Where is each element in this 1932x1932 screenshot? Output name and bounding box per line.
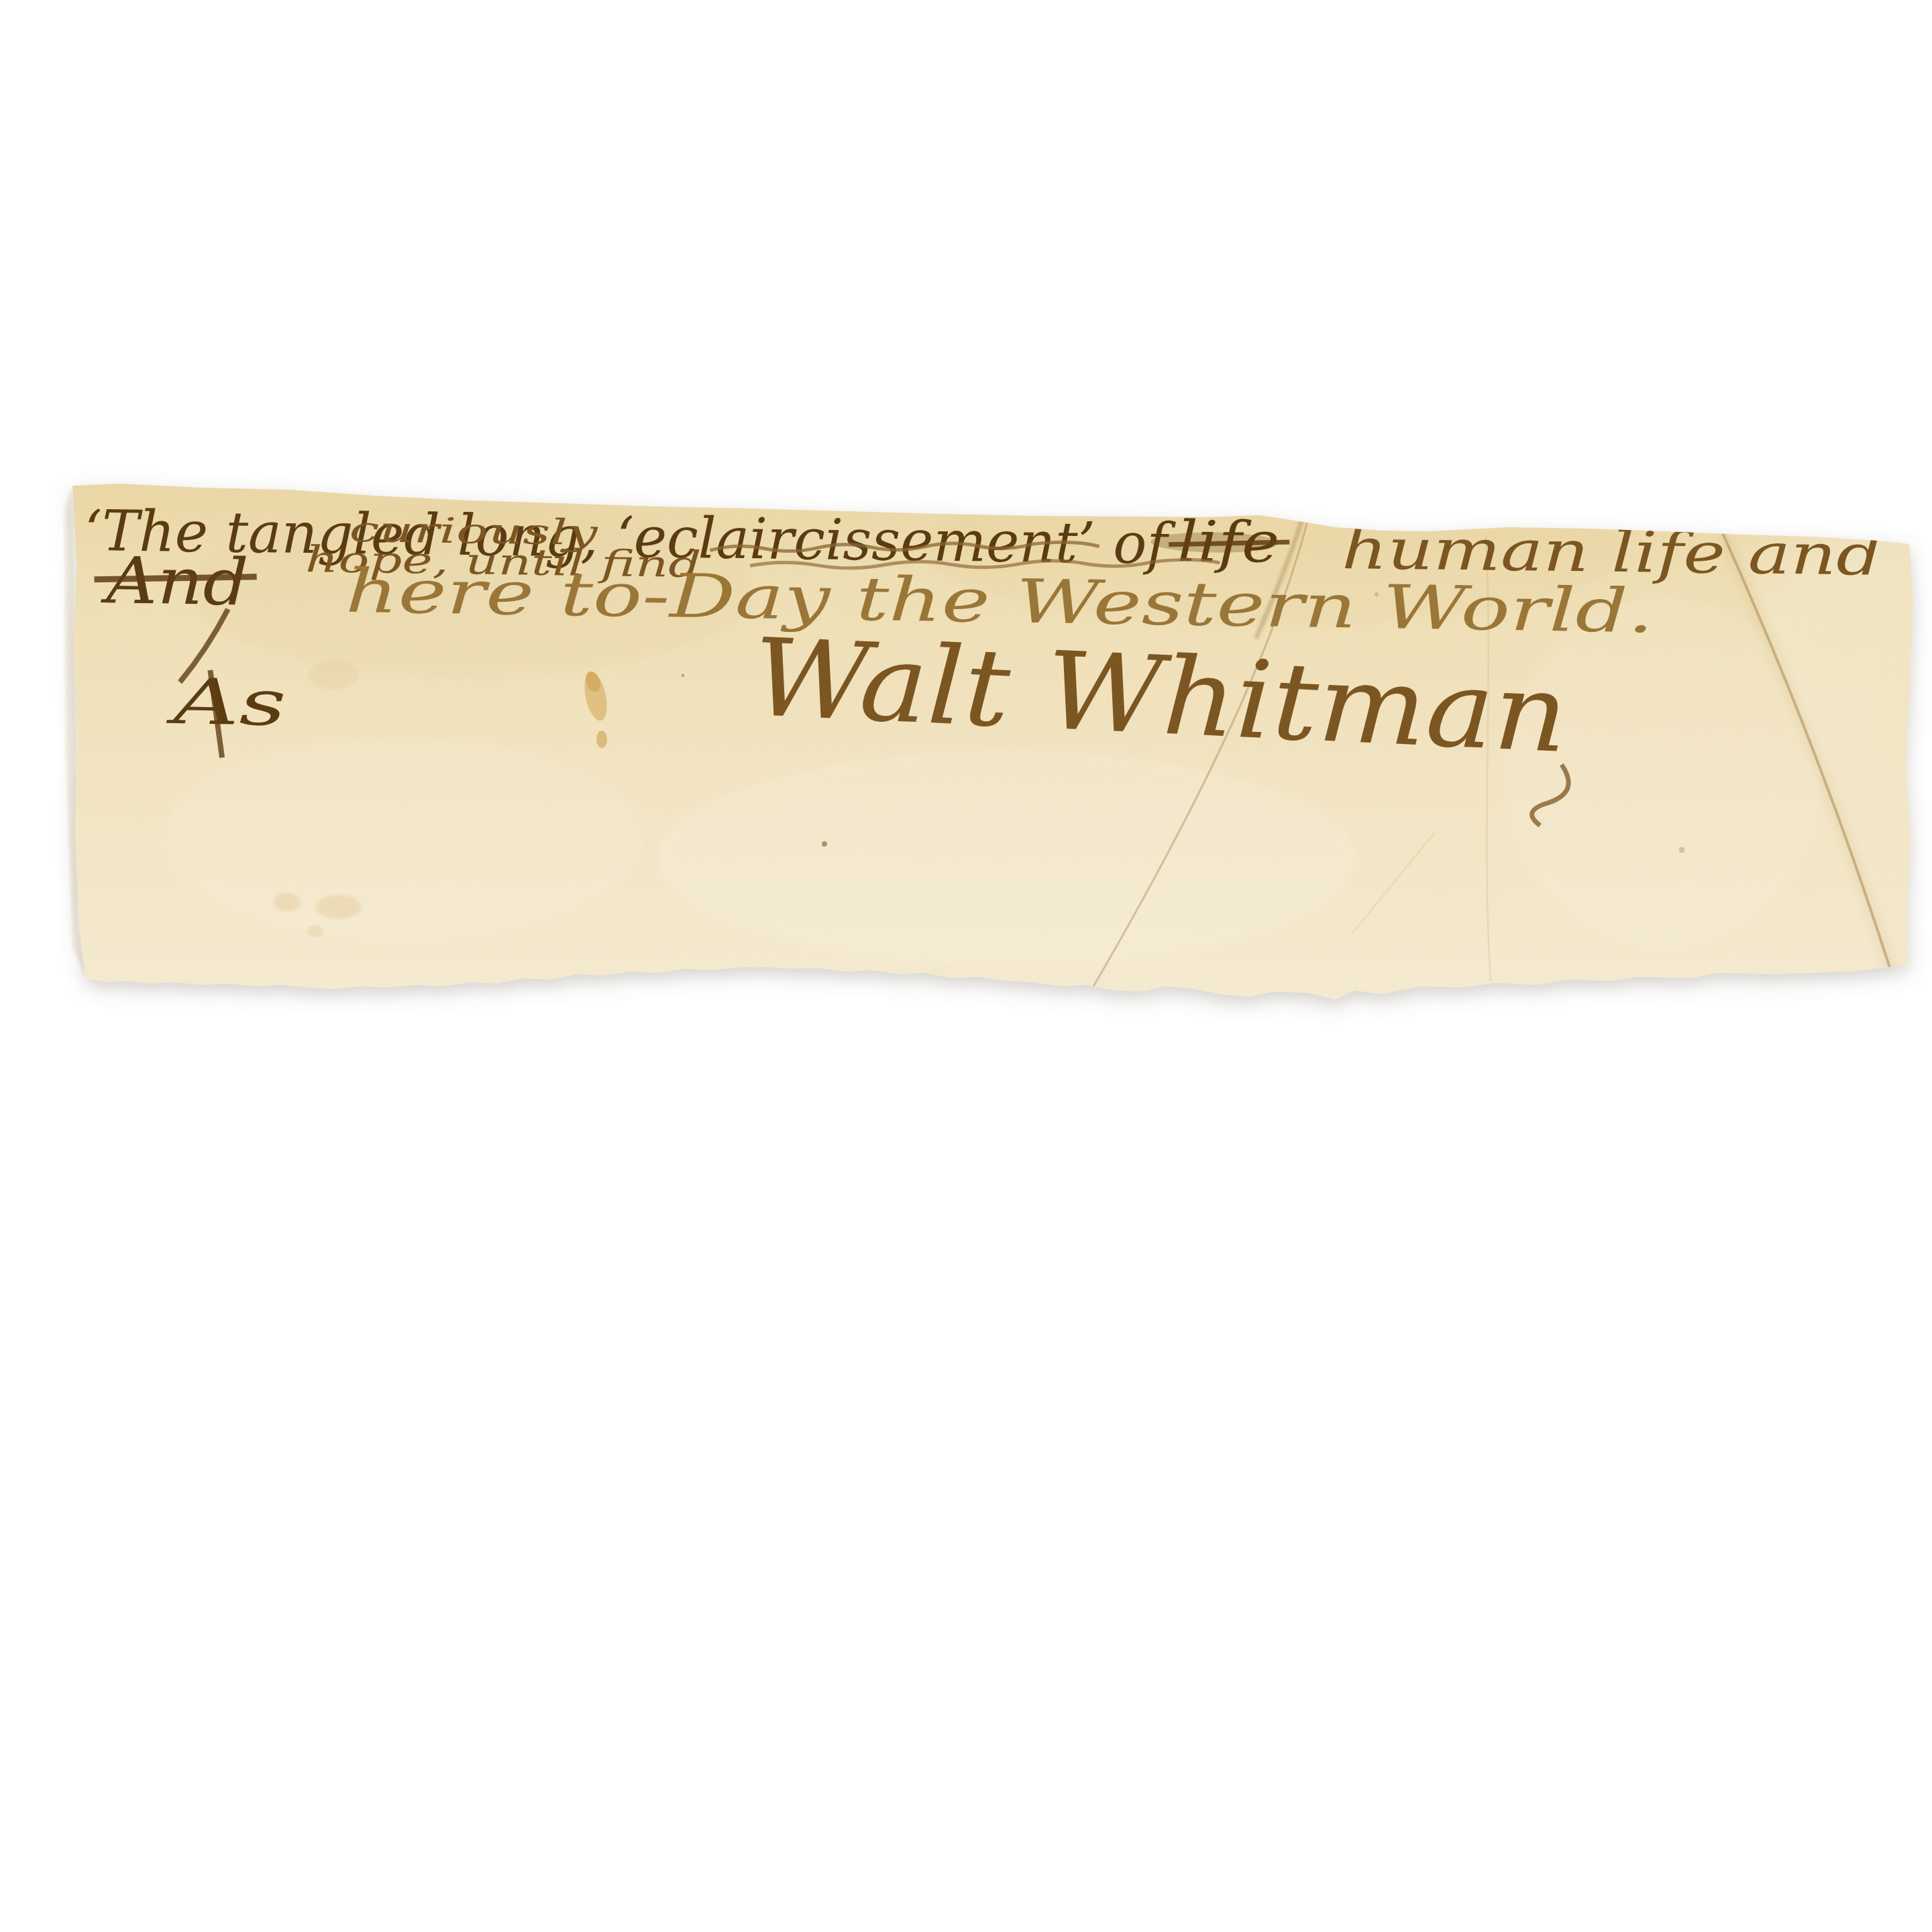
paper-grain-texture (67, 480, 1919, 1010)
photo-canvas: ‘The tangled long, ‘eclaircissement’ of … (0, 0, 1932, 1932)
manuscript-photo: ‘The tangled long, ‘eclaircissement’ of … (0, 0, 1932, 1932)
